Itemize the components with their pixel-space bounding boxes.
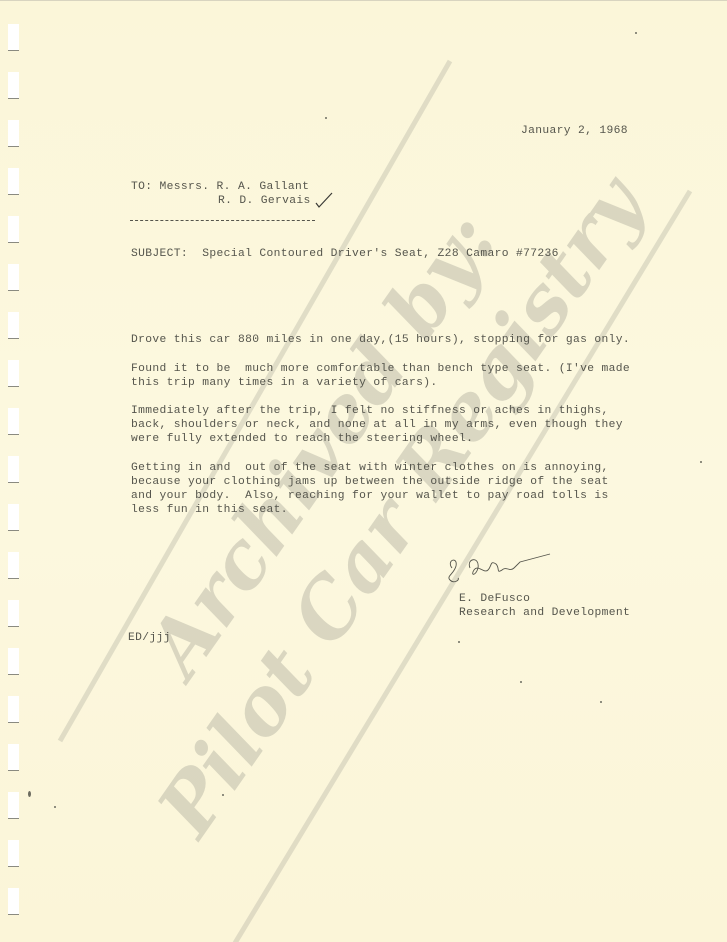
binder-hole [8, 792, 19, 819]
to-second-recipient: R. D. Gervais [218, 194, 311, 208]
signer-department: Research and Development [459, 606, 630, 620]
body-paragraph-2: Found it to be much more comfortable tha… [131, 362, 630, 390]
paper-speck [700, 461, 702, 463]
signer-name: E. DeFusco [459, 592, 530, 606]
memo-date: January 2, 1968 [521, 124, 628, 138]
binder-hole [8, 216, 19, 243]
binder-hole [8, 168, 19, 195]
checkmark-icon [314, 191, 334, 209]
header-divider [130, 220, 315, 221]
body-paragraph-1: Drove this car 880 miles in one day,(15 … [131, 333, 630, 347]
reference-initials: ED/jjj [128, 631, 171, 645]
handwritten-signature [440, 546, 560, 596]
binder-hole [8, 696, 19, 723]
binder-hole [8, 648, 19, 675]
to-line: TO: Messrs. R. A. Gallant [131, 180, 309, 194]
document-page: Archived by: Pilot Car Registry January … [0, 0, 727, 942]
binder-hole [8, 744, 19, 771]
paper-speck [325, 117, 327, 119]
binder-hole [8, 840, 19, 867]
binder-hole [8, 504, 19, 531]
binder-hole [8, 408, 19, 435]
binder-hole [8, 888, 19, 915]
binder-hole [8, 552, 19, 579]
body-paragraph-4: Getting in and out of the seat with wint… [131, 461, 609, 517]
binder-hole [8, 120, 19, 147]
binder-hole [8, 456, 19, 483]
binder-hole [8, 312, 19, 339]
binder-hole [8, 600, 19, 627]
binder-holes [8, 1, 20, 942]
paper-speck [635, 32, 637, 34]
paper-speck [458, 641, 460, 643]
binder-hole [8, 72, 19, 99]
paper-speck [600, 701, 602, 703]
paper-speck [520, 681, 522, 683]
binder-hole [8, 360, 19, 387]
paper-speck [222, 794, 224, 796]
body-paragraph-3: Immediately after the trip, I felt no st… [131, 404, 623, 446]
binder-hole [8, 24, 19, 51]
binder-hole [8, 264, 19, 291]
subject-line: SUBJECT: Special Contoured Driver's Seat… [131, 247, 559, 261]
paper-speck [54, 806, 56, 808]
paper-speck [28, 791, 31, 797]
